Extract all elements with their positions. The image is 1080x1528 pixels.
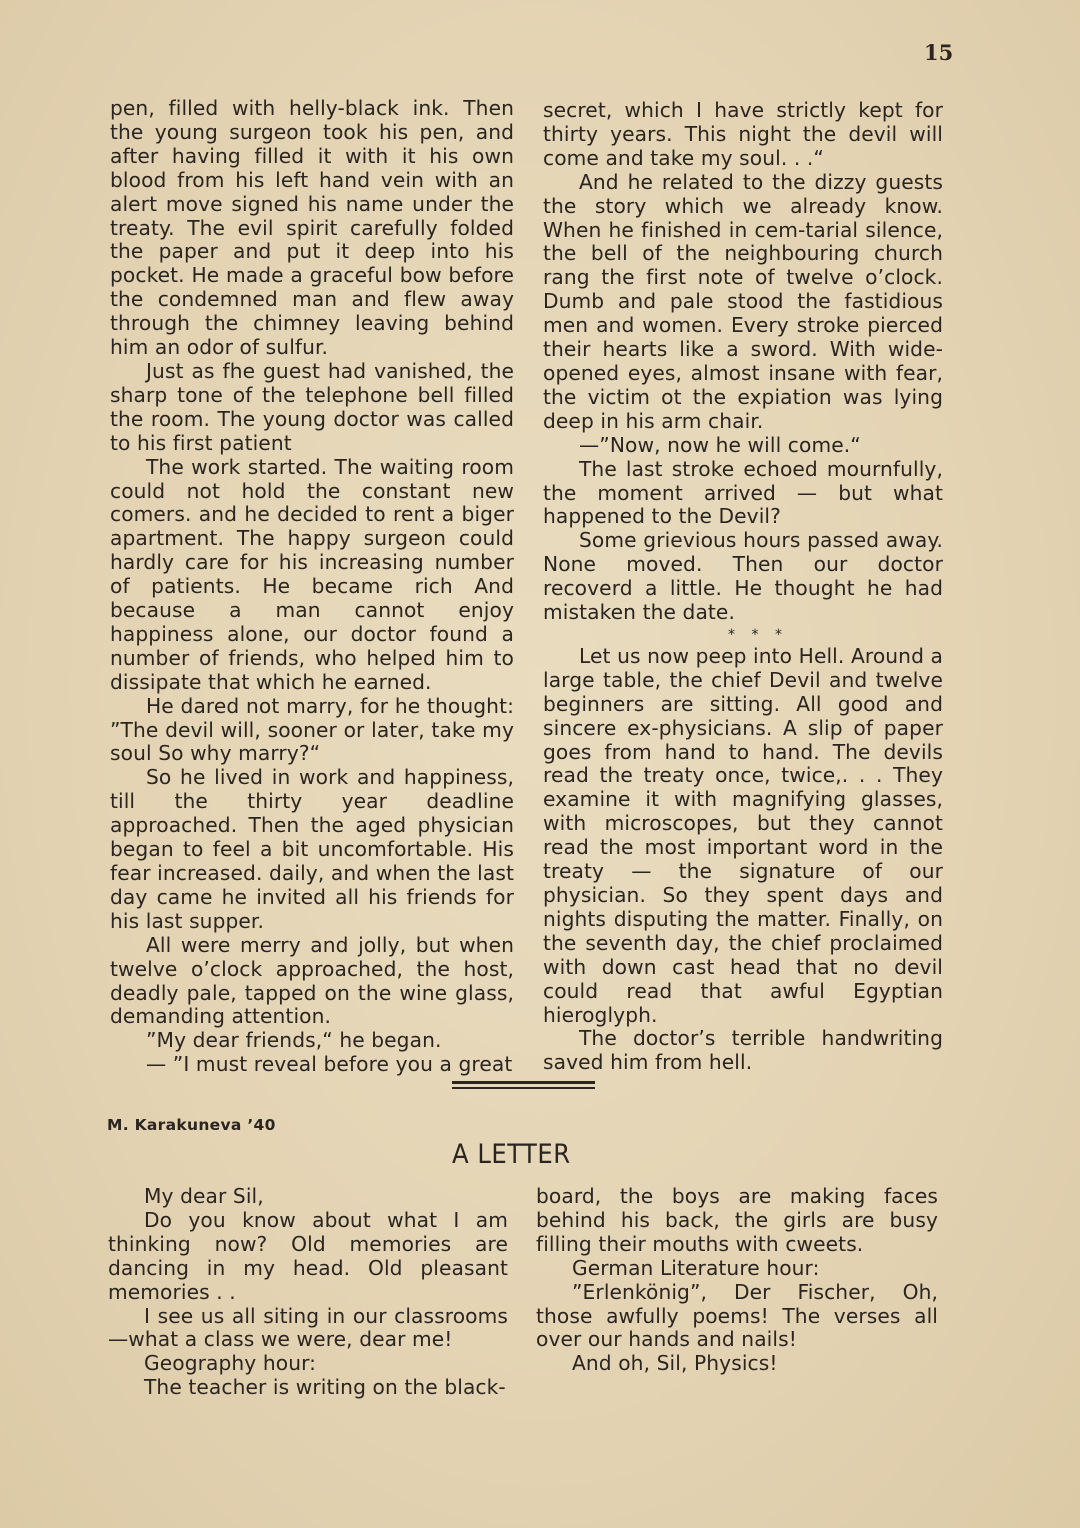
paragraph: Just as fhe guest had vanished, the shar… <box>110 360 514 456</box>
paragraph: So he lived in work and happiness, till … <box>110 766 514 933</box>
paragraph: board, the boys are making faces behind … <box>536 1185 938 1257</box>
letter-right-column: board, the boys are making faces behind … <box>536 1185 938 1376</box>
paragraph: The teacher is writing on the black- <box>108 1376 508 1400</box>
paragraph: — ”I must reveal before you a great <box>110 1053 514 1077</box>
paragraph: I see us all siting in our classrooms—wh… <box>108 1305 508 1353</box>
paragraph: Do you know about what I am thinking now… <box>108 1209 508 1305</box>
letter-author-byline: M. Karakuneva ’40 <box>107 1116 276 1134</box>
magazine-page: 15 pen, filled with helly-black ink. The… <box>0 0 1080 1528</box>
letter-left-column: My dear Sil,Do you know about what I am … <box>108 1185 508 1400</box>
paragraph: The work started. The waiting room could… <box>110 456 514 695</box>
paragraph: All were merry and jolly, but when twelv… <box>110 934 514 1030</box>
paragraph: My dear Sil, <box>108 1185 508 1209</box>
story-left-column: pen, filled with helly-black ink. Then t… <box>110 97 514 1077</box>
paragraph: Let us now peep into Hell. Around a larg… <box>543 645 943 1028</box>
paragraph: The last stroke echoed mournfully, the m… <box>543 458 943 530</box>
paragraph: ”Erlenkönig”, Der Fischer, Oh, those awf… <box>536 1281 938 1353</box>
story-right-before-break: secret, which I have strictly kept for t… <box>543 99 943 625</box>
story-right-column: secret, which I have strictly kept for t… <box>543 99 943 1075</box>
double-rule-divider <box>452 1081 595 1089</box>
paragraph: ”My dear friends,“ he began. <box>110 1029 514 1053</box>
page-number: 15 <box>924 40 953 65</box>
paragraph: German Literature hour: <box>536 1257 938 1281</box>
letter-title: A LETTER <box>452 1139 571 1170</box>
paragraph: Geography hour: <box>108 1352 508 1376</box>
paragraph: secret, which I have strictly kept for t… <box>543 99 943 171</box>
paragraph: And he related to the dizzy guests the s… <box>543 171 943 434</box>
paragraph: And oh, Sil, Physics! <box>536 1352 938 1376</box>
section-break-asterisks: * * * <box>543 625 943 645</box>
story-right-after-break: Let us now peep into Hell. Around a larg… <box>543 645 943 1075</box>
paragraph: Some grievious hours passed away. None m… <box>543 529 943 625</box>
paragraph: The doctor’s terrible handwriting saved … <box>543 1027 943 1075</box>
paragraph: pen, filled with helly-black ink. Then t… <box>110 97 514 360</box>
paragraph: —”Now, now he will come.“ <box>543 434 943 458</box>
paragraph: He dared not marry, for he thought: ”The… <box>110 695 514 767</box>
